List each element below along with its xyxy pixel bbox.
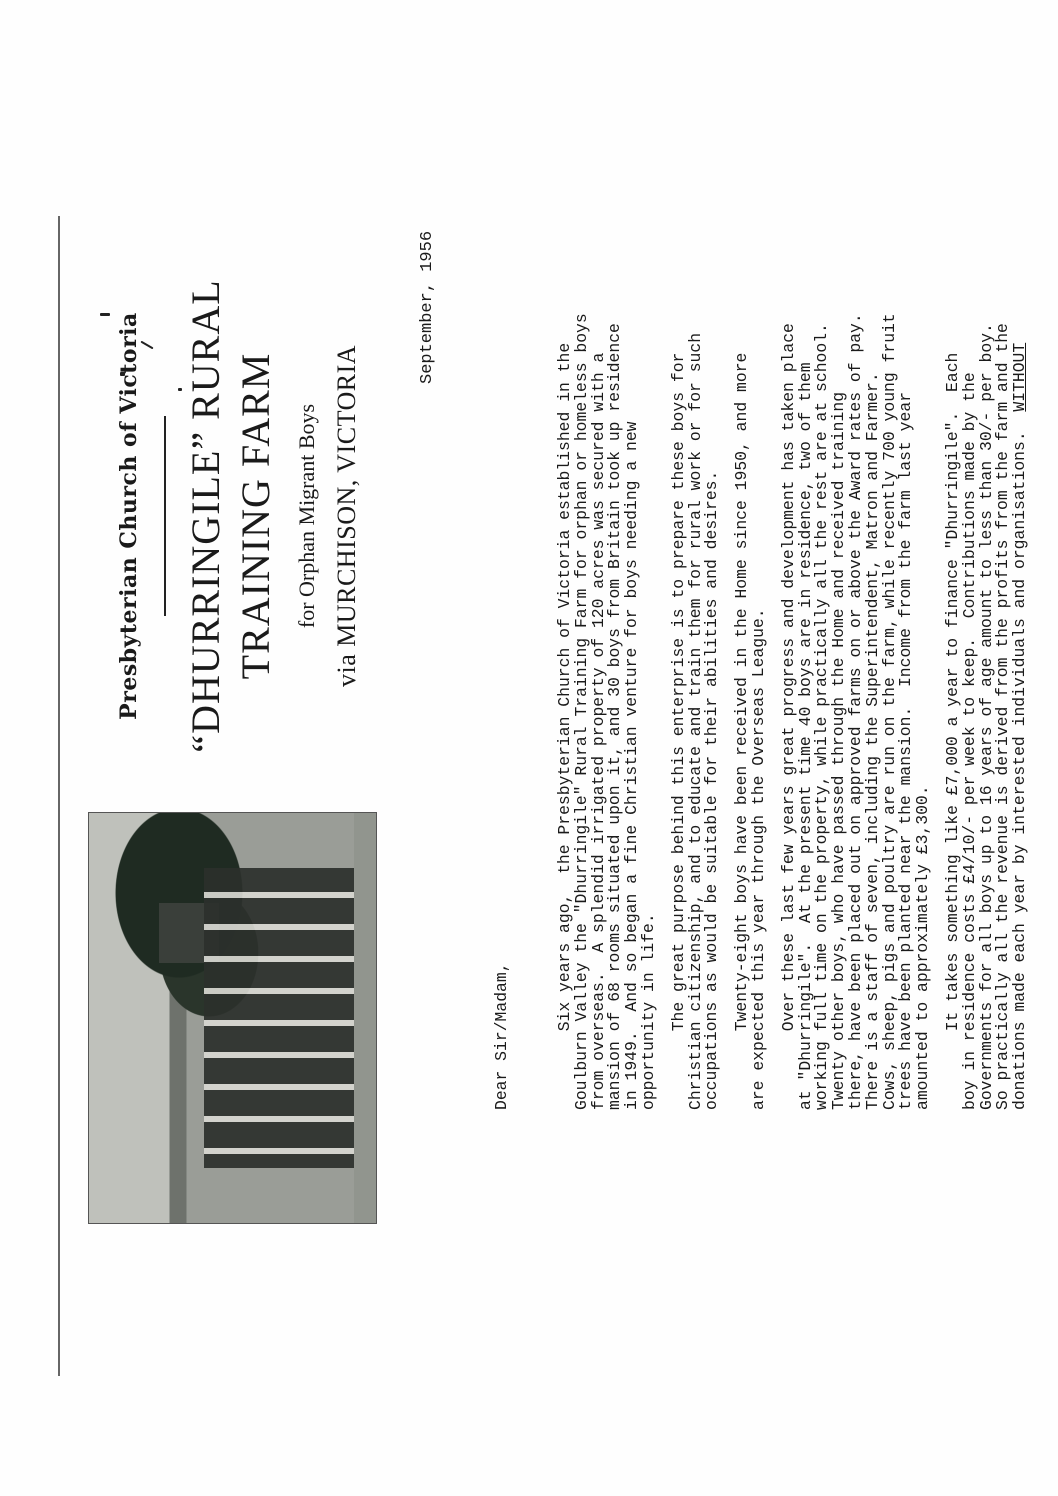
title-line-2: TRAINING FARM — [234, 236, 278, 796]
text-line: amounted to approximately £3,300. — [913, 785, 932, 1110]
letter-date: September, 1956 — [418, 231, 437, 384]
paragraph: Over these last few years great progress… — [781, 190, 932, 1110]
lawn — [354, 813, 376, 1223]
paragraphs: Six years ago, the Presbyterian Church o… — [557, 190, 1029, 1110]
salutation: Dear Sir/Madam, — [494, 190, 511, 1110]
paragraph: Six years ago, the Presbyterian Church o… — [557, 190, 658, 1110]
mansion-building — [204, 868, 354, 1168]
letter-body: Dear Sir/Madam, Six years ago, the Presb… — [460, 190, 1058, 1110]
header-rule — [164, 416, 166, 616]
church-name: Presbyterian Church of Victoria — [116, 236, 142, 796]
text-line: donations made each year by interested i… — [1010, 412, 1029, 1110]
mansion-photo — [88, 812, 377, 1224]
text-line: occupations as would be suitable for the… — [702, 471, 721, 1110]
letter-page: Presbyterian Church of Victoria “DHURRIN… — [0, 0, 1058, 1496]
text-line: are expected this year through the Overs… — [749, 608, 768, 1110]
scan-edge-line — [58, 216, 60, 1376]
letterhead: Presbyterian Church of Victoria “DHURRIN… — [108, 236, 362, 796]
paragraph: The great purpose behind this enterprise… — [671, 190, 721, 1110]
paragraph: Twenty-eight boys have been received in … — [734, 190, 768, 1110]
location: via MURCHISON, VICTORIA — [332, 236, 362, 796]
underlined-word: WITHOUT — [1010, 343, 1029, 412]
subtitle: for Orphan Migrant Boys — [294, 236, 320, 796]
paragraph: It takes something like £7,000 a year to… — [945, 190, 1029, 1110]
title-line-1: “DHURRINGILE” RURAL — [184, 236, 228, 796]
text-line: opportunity in life. — [639, 913, 658, 1110]
